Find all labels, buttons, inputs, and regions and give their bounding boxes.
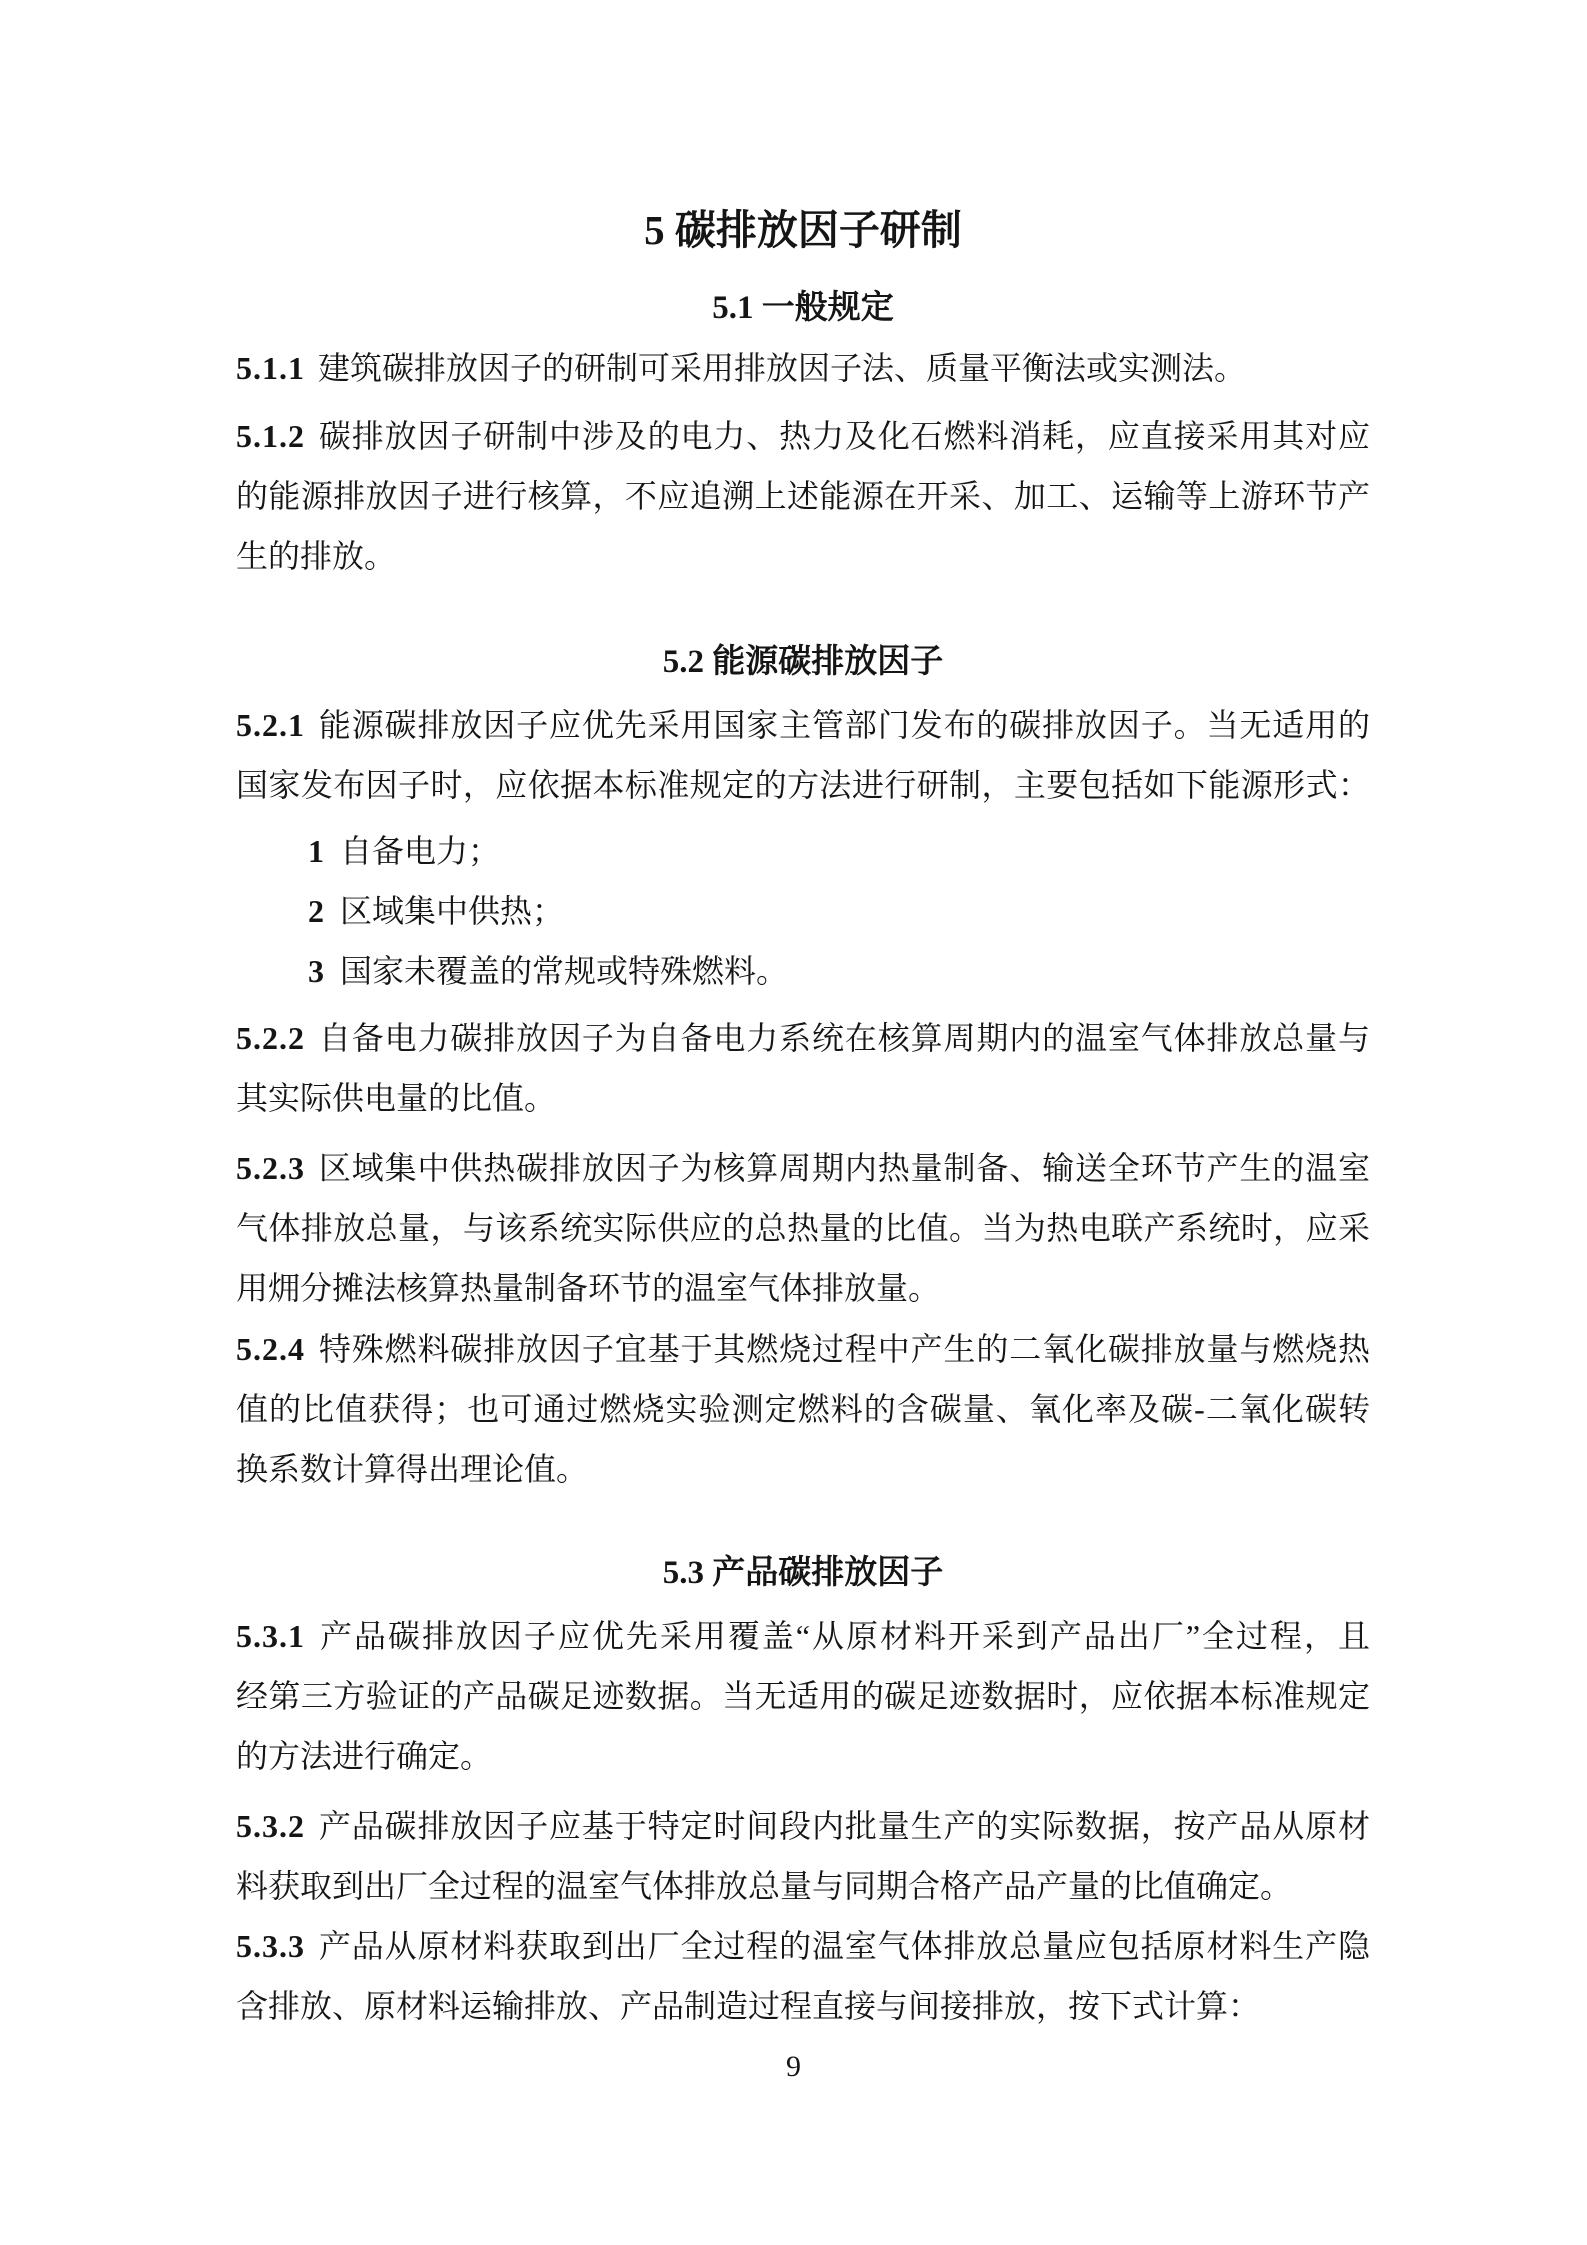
clause-5-1-1-line-1: 5.1.1建筑碳排放因子的研制可采用排放因子法、质量平衡法或实测法。: [236, 338, 1370, 398]
list-item-number: 1: [308, 833, 324, 869]
clause-text: 建筑碳排放因子的研制可采用排放因子法、质量平衡法或实测法。: [318, 350, 1246, 386]
section-heading-5-1: 5.1 一般规定: [236, 286, 1370, 330]
clause-number: 5.2.1: [236, 707, 305, 743]
page-content: 5 碳排放因子研制 5.1 一般规定 5.1.1建筑碳排放因子的研制可采用排放因…: [236, 0, 1370, 2245]
clause-5-2-4-line-3: 换系数计算得出理论值。: [236, 1439, 1370, 1499]
clause-5-3-1: 5.3.1产品碳排放因子应优先采用覆盖“从原材料开采到产品出厂”全过程，且 经第…: [236, 1606, 1370, 1786]
clause-5-2-4-line-1: 5.2.4特殊燃料碳排放因子宜基于其燃烧过程中产生的二氧化碳排放量与燃烧热: [236, 1319, 1370, 1379]
clause-number: 5.1.1: [236, 350, 305, 386]
clause-5-2-3-line-1: 5.2.3区域集中供热碳排放因子为核算周期内热量制备、输送全环节产生的温室: [236, 1138, 1370, 1198]
clause-5-2-2-line-1: 5.2.2自备电力碳排放因子为自备电力系统在核算周期内的温室气体排放总量与: [236, 1008, 1370, 1068]
clause-5-3-3-line-2: 含排放、原材料运输排放、产品制造过程直接与间接排放，按下式计算：: [236, 1976, 1370, 2036]
chapter-title: 5 碳排放因子研制: [236, 205, 1370, 255]
clause-text: 自备电力碳排放因子为自备电力系统在核算周期内的温室气体排放总量与: [318, 1020, 1370, 1056]
clause-5-1-2: 5.1.2碳排放因子研制中涉及的电力、热力及化石燃料消耗，应直接采用其对应 的能…: [236, 406, 1370, 586]
clause-5-2-3-line-3: 用㶲分摊法核算热量制备环节的温室气体排放量。: [236, 1258, 1370, 1318]
list-item-3: 3国家未覆盖的常规或特殊燃料。: [236, 941, 1370, 1001]
clause-5-1-2-line-2: 的能源排放因子进行核算，不应追溯上述能源在开采、加工、运输等上游环节产: [236, 466, 1370, 526]
clause-text: 碳排放因子研制中涉及的电力、热力及化石燃料消耗，应直接采用其对应: [318, 418, 1370, 454]
clause-text: 特殊燃料碳排放因子宜基于其燃烧过程中产生的二氧化碳排放量与燃烧热: [318, 1331, 1370, 1367]
list-item-1: 1自备电力；: [236, 821, 1370, 881]
clause-5-2-4: 5.2.4特殊燃料碳排放因子宜基于其燃烧过程中产生的二氧化碳排放量与燃烧热 值的…: [236, 1319, 1370, 1499]
clause-text: 能源碳排放因子应优先采用国家主管部门发布的碳排放因子。当无适用的: [318, 707, 1370, 743]
clause-number: 5.1.2: [236, 418, 305, 454]
clause-number: 5.3.3: [236, 1928, 305, 1964]
list-item-number: 2: [308, 893, 324, 929]
clause-5-2-1-line-2: 国家发布因子时，应依据本标准规定的方法进行研制，主要包括如下能源形式：: [236, 755, 1370, 815]
clause-5-3-2: 5.3.2产品碳排放因子应基于特定时间段内批量生产的实际数据，按产品从原材 料获…: [236, 1796, 1370, 1916]
list-item-text: 自备电力；: [340, 833, 500, 869]
clause-number: 5.3.2: [236, 1808, 305, 1844]
clause-5-1-1: 5.1.1建筑碳排放因子的研制可采用排放因子法、质量平衡法或实测法。: [236, 338, 1370, 398]
clause-5-1-2-line-3: 生的排放。: [236, 526, 1370, 586]
clause-5-2-1: 5.2.1能源碳排放因子应优先采用国家主管部门发布的碳排放因子。当无适用的 国家…: [236, 695, 1370, 815]
clause-5-2-2: 5.2.2自备电力碳排放因子为自备电力系统在核算周期内的温室气体排放总量与 其实…: [236, 1008, 1370, 1128]
clause-5-3-3-line-1: 5.3.3产品从原材料获取到出厂全过程的温室气体排放总量应包括原材料生产隐: [236, 1916, 1370, 1976]
clause-5-1-2-line-1: 5.1.2碳排放因子研制中涉及的电力、热力及化石燃料消耗，应直接采用其对应: [236, 406, 1370, 466]
clause-text: 产品碳排放因子应优先采用覆盖“从原材料开采到产品出厂”全过程，且: [318, 1618, 1370, 1654]
document-page: 5 碳排放因子研制 5.1 一般规定 5.1.1建筑碳排放因子的研制可采用排放因…: [0, 0, 1587, 2245]
section-heading-5-3: 5.3 产品碳排放因子: [236, 1551, 1370, 1595]
list-item-text: 国家未覆盖的常规或特殊燃料。: [340, 953, 788, 989]
clause-5-2-3-line-2: 气体排放总量，与该系统实际供应的总热量的比值。当为热电联产系统时，应采: [236, 1198, 1370, 1258]
clause-number: 5.2.4: [236, 1331, 305, 1367]
clause-text: 产品碳排放因子应基于特定时间段内批量生产的实际数据，按产品从原材: [318, 1808, 1370, 1844]
clause-text: 产品从原材料获取到出厂全过程的温室气体排放总量应包括原材料生产隐: [318, 1928, 1370, 1964]
clause-5-3-2-line-2: 料获取到出厂全过程的温室气体排放总量与同期合格产品产量的比值确定。: [236, 1856, 1370, 1916]
clause-5-3-1-line-3: 的方法进行确定。: [236, 1726, 1370, 1786]
clause-5-3-1-line-1: 5.3.1产品碳排放因子应优先采用覆盖“从原材料开采到产品出厂”全过程，且: [236, 1606, 1370, 1666]
clause-5-2-3: 5.2.3区域集中供热碳排放因子为核算周期内热量制备、输送全环节产生的温室 气体…: [236, 1138, 1370, 1318]
page-number: 9: [0, 2049, 1587, 2085]
clause-5-2-4-line-2: 值的比值获得；也可通过燃烧实验测定燃料的含碳量、氧化率及碳-二氧化碳转: [236, 1379, 1370, 1439]
clause-text: 区域集中供热碳排放因子为核算周期内热量制备、输送全环节产生的温室: [318, 1150, 1370, 1186]
clause-number: 5.2.3: [236, 1150, 305, 1186]
clause-5-3-1-line-2: 经第三方验证的产品碳足迹数据。当无适用的碳足迹数据时，应依据本标准规定: [236, 1666, 1370, 1726]
clause-number: 5.3.1: [236, 1618, 305, 1654]
list-item-number: 3: [308, 953, 324, 989]
clause-5-3-3: 5.3.3产品从原材料获取到出厂全过程的温室气体排放总量应包括原材料生产隐 含排…: [236, 1916, 1370, 2036]
clause-5-2-2-line-2: 其实际供电量的比值。: [236, 1068, 1370, 1128]
list-item-text: 区域集中供热；: [340, 893, 564, 929]
clause-5-2-1-line-1: 5.2.1能源碳排放因子应优先采用国家主管部门发布的碳排放因子。当无适用的: [236, 695, 1370, 755]
clause-5-3-2-line-1: 5.3.2产品碳排放因子应基于特定时间段内批量生产的实际数据，按产品从原材: [236, 1796, 1370, 1856]
list-item-2: 2区域集中供热；: [236, 881, 1370, 941]
section-heading-5-2: 5.2 能源碳排放因子: [236, 640, 1370, 684]
clause-number: 5.2.2: [236, 1020, 305, 1056]
energy-source-list: 1自备电力； 2区域集中供热； 3国家未覆盖的常规或特殊燃料。: [236, 821, 1370, 1001]
